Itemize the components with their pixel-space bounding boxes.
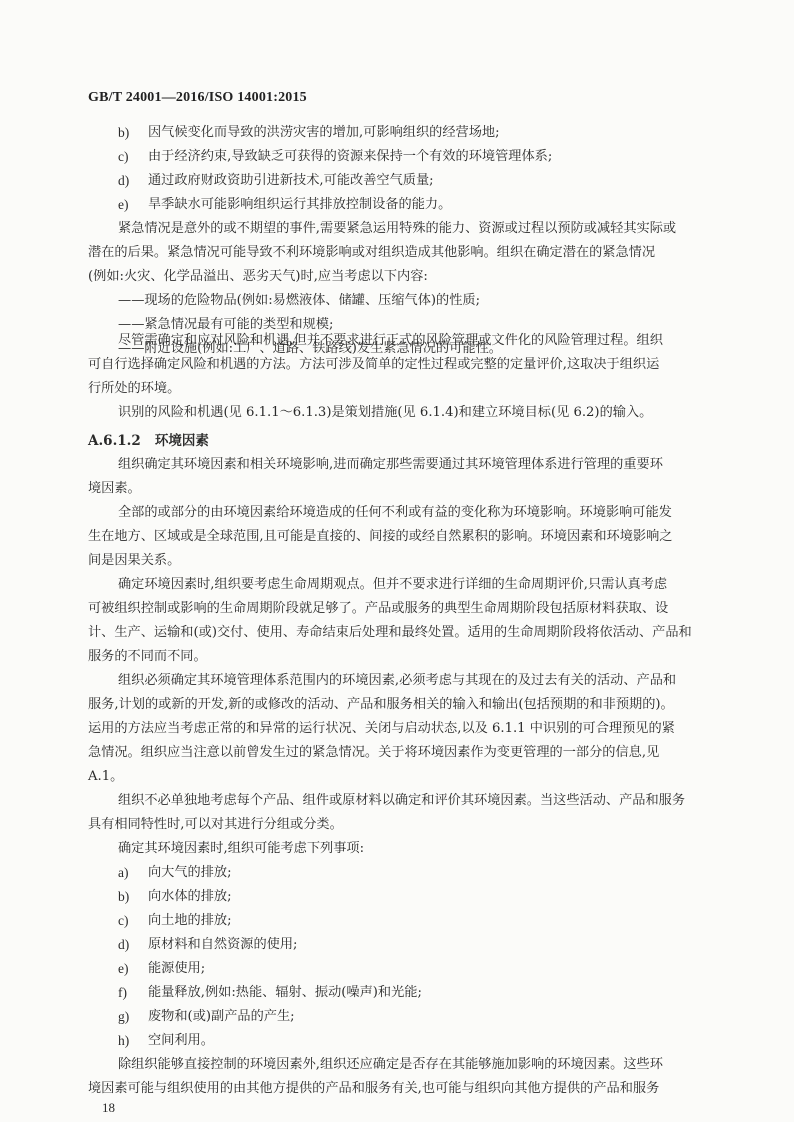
list-item: 向大气的排放; (148, 864, 232, 882)
section-number: A.6.1.2 (88, 433, 141, 449)
paragraph-line: 运用的方法应当考虑正常的和异常的运行状况、关闭与启动状态,以及 6.1.1 中识… (88, 720, 675, 738)
list-label: c) (118, 149, 129, 165)
list-item: 向水体的排放; (148, 888, 232, 906)
list-label: a) (118, 865, 129, 881)
paragraph-line: 服务的不同而不同。 (88, 648, 207, 666)
paragraph-line: A.1。 (88, 768, 123, 786)
paragraph-line: 可自行选择确定风险和机遇的方法。方法可涉及简单的定性过程或完整的定量评价,这取决… (88, 356, 659, 374)
paragraph-line: (例如:火灾、化学品溢出、恶劣天气)时,应当考虑以下内容: (88, 268, 428, 286)
standard-header: GB/T 24001—2016/ISO 14001:2015 (88, 90, 307, 106)
list-item: 空间利用。 (148, 1032, 214, 1050)
paragraph-line: 行所处的环境。 (88, 380, 180, 398)
list-label: d) (118, 937, 129, 953)
section-heading: A.6.1.2 环境因素 (88, 429, 209, 449)
paragraph-line: 具有相同特性时,可以对其进行分组或分类。 (88, 816, 343, 834)
paragraph-line: 可被组织控制或影响的生命周期阶段就足够了。产品或服务的典型生命周期阶段包括原材料… (88, 600, 668, 618)
paragraph-line: 确定其环境因素时,组织可能考虑下列事项: (118, 840, 364, 858)
list-label: b) (118, 125, 129, 141)
paragraph-line: 组织确定其环境因素和相关环境影响,进而确定那些需要通过其环境管理体系进行管理的重… (118, 456, 663, 474)
list-label: e) (118, 961, 129, 977)
list-item: 通过政府财政资助引进新技术,可能改善空气质量; (148, 172, 434, 190)
list-item: 由于经济约束,导致缺乏可获得的资源来保持一个有效的环境管理体系; (148, 148, 552, 166)
paragraph-line: 组织不必单独地考虑每个产品、组件或原材料以确定和评价其环境因素。当这些活动、产品… (118, 792, 685, 810)
paragraph-line: 境因素可能与组织使用的由其他方提供的产品和服务有关,也可能与组织向其他方提供的产… (88, 1080, 659, 1098)
list-label: c) (118, 913, 129, 929)
paragraph-line: 生在地方、区域或是全球范围,且可能是直接的、间接的或经自然累积的影响。环境因素和… (88, 528, 672, 546)
paragraph-line: 境因素。 (88, 480, 141, 498)
list-label: g) (118, 1009, 129, 1025)
list-item: 原材料和自然资源的使用; (148, 936, 298, 954)
dash-item: ——现场的危险物品(例如:易燃液体、储罐、压缩气体)的性质; (118, 292, 480, 310)
list-item: 因气候变化而导致的洪涝灾害的增加,可影响组织的经营场地; (148, 124, 500, 142)
list-label: e) (118, 197, 129, 213)
paragraph-line: 尽管需确定和应对风险和机遇,但并不要求进行正式的风险管理或文件化的风险管理过程。… (118, 332, 663, 350)
paragraph-line: 确定环境因素时,组织要考虑生命周期观点。但并不要求进行详细的生命周期评价,只需认… (118, 576, 667, 594)
list-label: b) (118, 889, 129, 905)
paragraph-line: 计、生产、运输和(或)交付、使用、寿命结束后处理和最终处置。适用的生命周期阶段将… (88, 624, 692, 642)
list-item: 能源使用; (148, 960, 205, 978)
paragraph-line: 间是因果关系。 (88, 552, 180, 570)
list-label: f) (118, 985, 127, 1001)
list-item: 能量释放,例如:热能、辐射、振动(噪声)和光能; (148, 984, 422, 1002)
paragraph-line: 服务,计划的或新的开发,新的或修改的活动、产品和服务相关的输入和输出(包括预期的… (88, 696, 674, 714)
paragraph-line: 潜在的后果。紧急情况可能导致不利环境影响或对组织造成其他影响。组织在确定潜在的紧… (88, 244, 655, 262)
section-title: 环境因素 (155, 433, 209, 449)
paragraph-line: 紧急情况是意外的或不期望的事件,需要紧急运用特殊的能力、资源或过程以预防或减轻其… (118, 220, 676, 238)
paragraph-line: 组织必须确定其环境管理体系范围内的环境因素,必须考虑与其现在的及过去有关的活动、… (118, 672, 676, 690)
list-label: d) (118, 173, 129, 189)
list-label: h) (118, 1033, 129, 1049)
list-item: 旱季缺水可能影响组织运行其排放控制设备的能力。 (148, 196, 451, 214)
list-item: 废物和(或)副产品的产生; (148, 1008, 295, 1026)
list-item: 向土地的排放; (148, 912, 232, 930)
paragraph-line: 识别的风险和机遇(见 6.1.1～6.1.3)是策划措施(见 6.1.4)和建立… (118, 404, 652, 422)
page-number: 18 (102, 1100, 115, 1116)
paragraph-line: 全部的或部分的由环境因素给环境造成的任何不利或有益的变化称为环境影响。环境影响可… (118, 504, 672, 522)
paragraph-line: 急情况。组织应当注意以前曾发生过的紧急情况。关于将环境因素作为变更管理的一部分的… (88, 744, 659, 762)
paragraph-line: 除组织能够直接控制的环境因素外,组织还应确定是否存在其能够施加影响的环境因素。这… (118, 1056, 663, 1074)
